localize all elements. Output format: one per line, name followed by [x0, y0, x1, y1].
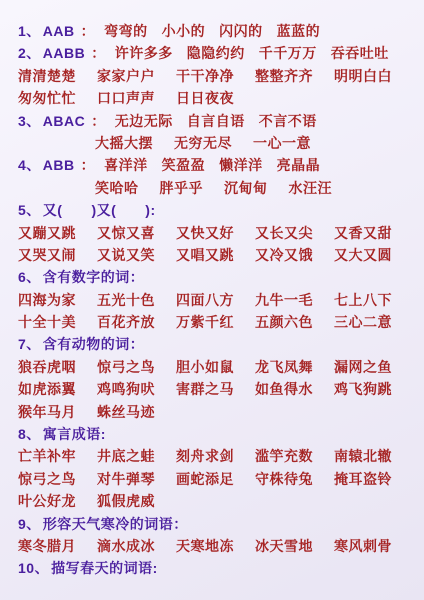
word: 家家户户 — [97, 68, 155, 84]
word: 又冷又饿 — [255, 247, 313, 263]
section-number: 10、 — [18, 560, 49, 576]
word: 又惊又喜 — [97, 225, 155, 241]
word: 守株待兔 — [255, 471, 313, 487]
section-colon: ： — [91, 113, 106, 129]
section-4: 4、ABB：喜洋洋笑盈盈懒洋洋亮晶晶笑哈哈胖乎乎沉甸甸水汪汪 — [18, 154, 416, 199]
word: 懒洋洋 — [219, 157, 263, 173]
section-label: 形容天气寒冷的词语： — [43, 516, 188, 532]
word: 如虎添翼 — [18, 381, 76, 397]
word: 无穷无尽 — [174, 135, 232, 151]
word: 对牛弹琴 — [97, 471, 155, 487]
word: 自言自语 — [187, 113, 245, 129]
section-heading: 7、含有动物的词： — [18, 333, 416, 355]
section-3: 3、ABAC：无边无际自言自语不言不语大摇大摆无穷无尽一心一意 — [18, 110, 416, 155]
word: 叶公好龙 — [18, 493, 76, 509]
word: 五颜六色 — [255, 314, 313, 330]
word: 一心一意 — [253, 135, 311, 151]
word-row: 四海为家五光十色四面八方九牛一毛七上八下 — [18, 289, 416, 311]
word: 闪闪的 — [219, 23, 263, 39]
word: 喜洋洋 — [104, 157, 148, 173]
word-row: 惊弓之鸟对牛弹琴画蛇添足守株待兔掩耳盗铃 — [18, 468, 416, 490]
section-8: 8、寓言成语:亡羊补牢井底之蛙刻舟求剑滥竽充数南辕北辙惊弓之鸟对牛弹琴画蛇添足守… — [18, 423, 416, 513]
word-patterns-sheet: 1、AAB：弯弯的小小的闪闪的蓝蓝的2、AABB：许许多多隐隐约约千千万万吞吞吐… — [0, 0, 424, 600]
word: 七上八下 — [334, 292, 392, 308]
word: 南辕北辙 — [334, 448, 392, 464]
word: 笑哈哈 — [95, 180, 139, 196]
word: 猴年马月 — [18, 404, 76, 420]
word: 狐假虎威 — [97, 493, 155, 509]
section-number: 4、 — [18, 157, 41, 173]
word: 笑盈盈 — [162, 157, 206, 173]
word: 弯弯的 — [104, 23, 148, 39]
word: 沉甸甸 — [224, 180, 268, 196]
section-heading: 3、ABAC：无边无际自言自语不言不语 — [18, 110, 416, 132]
word: 又哭又闹 — [18, 247, 76, 263]
word: 惊弓之鸟 — [97, 359, 155, 375]
section-number: 1、 — [18, 23, 41, 39]
section-label: AAB — [43, 23, 75, 39]
word: 无边无际 — [115, 113, 173, 129]
word: 百花齐放 — [97, 314, 155, 330]
word: 漏网之鱼 — [334, 359, 392, 375]
section-heading: 4、ABB：喜洋洋笑盈盈懒洋洋亮晶晶 — [18, 154, 416, 176]
word: 许许多多 — [115, 45, 173, 61]
section-6: 6、含有数字的词：四海为家五光十色四面八方九牛一毛七上八下十全十美百花齐放万紫千… — [18, 266, 416, 333]
word-row: 叶公好龙狐假虎威 — [18, 490, 416, 512]
section-label: 含有动物的词： — [43, 336, 145, 352]
section-label: 描写春天的词语: — [51, 560, 158, 576]
section-colon: ： — [81, 157, 96, 173]
section-heading: 10、描写春天的词语: — [18, 557, 416, 579]
section-5: 5、又( )又( ):又蹦又跳又惊又喜又快又好又长又尖又香又甜又哭又闹又说又笑又… — [18, 199, 416, 266]
word: 清清楚楚 — [18, 68, 76, 84]
word: 狼吞虎咽 — [18, 359, 76, 375]
section-number: 3、 — [18, 113, 41, 129]
word: 天寒地冻 — [176, 538, 234, 554]
word-row: 笑哈哈胖乎乎沉甸甸水汪汪 — [18, 177, 416, 199]
section-heading: 6、含有数字的词： — [18, 266, 416, 288]
word-row: 十全十美百花齐放万紫千红五颜六色三心二意 — [18, 311, 416, 333]
section-number: 5、 — [18, 202, 41, 218]
section-colon: ： — [91, 45, 106, 61]
word: 吞吞吐吐 — [331, 45, 389, 61]
word: 又长又尖 — [255, 225, 313, 241]
section-number: 9、 — [18, 516, 41, 532]
word: 水汪汪 — [289, 180, 333, 196]
word-row: 大摇大摆无穷无尽一心一意 — [18, 132, 416, 154]
section-1: 1、AAB：弯弯的小小的闪闪的蓝蓝的 — [18, 20, 416, 42]
word: 明明白白 — [334, 68, 392, 84]
word: 日日夜夜 — [176, 90, 234, 106]
section-number: 2、 — [18, 45, 41, 61]
section-heading: 5、又( )又( ): — [18, 199, 416, 221]
word: 隐隐约约 — [187, 45, 245, 61]
word: 蛛丝马迹 — [97, 404, 155, 420]
section-label: 又( )又( ): — [43, 202, 156, 218]
section-label: 含有数字的词： — [43, 269, 145, 285]
word: 又蹦又跳 — [18, 225, 76, 241]
word: 滥竽充数 — [255, 448, 313, 464]
section-number: 6、 — [18, 269, 41, 285]
word: 龙飞凤舞 — [255, 359, 313, 375]
word-row: 又蹦又跳又惊又喜又快又好又长又尖又香又甜 — [18, 222, 416, 244]
section-colon: ： — [81, 23, 96, 39]
word: 三心二意 — [334, 314, 392, 330]
word: 冰天雪地 — [255, 538, 313, 554]
word-row: 猴年马月蛛丝马迹 — [18, 401, 416, 423]
section-number: 7、 — [18, 336, 41, 352]
section-label: ABAC — [43, 113, 85, 129]
word: 不言不语 — [259, 113, 317, 129]
word: 鸡飞狗跳 — [334, 381, 392, 397]
word: 惊弓之鸟 — [18, 471, 76, 487]
word: 胖乎乎 — [160, 180, 204, 196]
word: 如鱼得水 — [255, 381, 313, 397]
word: 九牛一毛 — [255, 292, 313, 308]
word-row: 匆匆忙忙口口声声日日夜夜 — [18, 87, 416, 109]
word: 小小的 — [162, 23, 206, 39]
word-row: 清清楚楚家家户户干干净净整整齐齐明明白白 — [18, 65, 416, 87]
section-label: 寓言成语: — [43, 426, 106, 442]
word-row: 亡羊补牢井底之蛙刻舟求剑滥竽充数南辕北辙 — [18, 445, 416, 467]
section-2: 2、AABB：许许多多隐隐约约千千万万吞吞吐吐清清楚楚家家户户干干净净整整齐齐明… — [18, 42, 416, 109]
word: 口口声声 — [97, 90, 155, 106]
word: 又快又好 — [176, 225, 234, 241]
word: 千千万万 — [259, 45, 317, 61]
word: 干干净净 — [176, 68, 234, 84]
word: 又大又圆 — [334, 247, 392, 263]
word: 寒冬腊月 — [18, 538, 76, 554]
word-row: 又哭又闹又说又笑又唱又跳又冷又饿又大又圆 — [18, 244, 416, 266]
word: 又说又笑 — [97, 247, 155, 263]
word: 鸡鸣狗吠 — [97, 381, 155, 397]
word: 匆匆忙忙 — [18, 90, 76, 106]
word: 蓝蓝的 — [277, 23, 321, 39]
word: 五光十色 — [97, 292, 155, 308]
word: 滴水成冰 — [97, 538, 155, 554]
word: 寒风刺骨 — [334, 538, 392, 554]
word-row: 寒冬腊月滴水成冰天寒地冻冰天雪地寒风刺骨 — [18, 535, 416, 557]
section-label: AABB — [43, 45, 85, 61]
word: 大摇大摆 — [95, 135, 153, 151]
section-7: 7、含有动物的词：狼吞虎咽惊弓之鸟胆小如鼠龙飞凤舞漏网之鱼如虎添翼鸡鸣狗吠害群之… — [18, 333, 416, 423]
word: 十全十美 — [18, 314, 76, 330]
section-heading: 9、形容天气寒冷的词语： — [18, 513, 416, 535]
word: 万紫千红 — [176, 314, 234, 330]
word: 刻舟求剑 — [176, 448, 234, 464]
section-heading: 2、AABB：许许多多隐隐约约千千万万吞吞吐吐 — [18, 42, 416, 64]
word: 四海为家 — [18, 292, 76, 308]
word: 井底之蛙 — [97, 448, 155, 464]
section-9: 9、形容天气寒冷的词语：寒冬腊月滴水成冰天寒地冻冰天雪地寒风刺骨 — [18, 513, 416, 558]
section-heading: 8、寓言成语: — [18, 423, 416, 445]
word: 掩耳盗铃 — [334, 471, 392, 487]
word: 害群之马 — [176, 381, 234, 397]
section-10: 10、描写春天的词语: — [18, 557, 416, 579]
word: 画蛇添足 — [176, 471, 234, 487]
word: 又唱又跳 — [176, 247, 234, 263]
word: 胆小如鼠 — [176, 359, 234, 375]
word: 整整齐齐 — [255, 68, 313, 84]
word: 亮晶晶 — [277, 157, 321, 173]
section-heading: 1、AAB：弯弯的小小的闪闪的蓝蓝的 — [18, 20, 416, 42]
section-label: ABB — [43, 157, 75, 173]
word: 四面八方 — [176, 292, 234, 308]
word-row: 狼吞虎咽惊弓之鸟胆小如鼠龙飞凤舞漏网之鱼 — [18, 356, 416, 378]
word: 又香又甜 — [334, 225, 392, 241]
word-row: 如虎添翼鸡鸣狗吠害群之马如鱼得水鸡飞狗跳 — [18, 378, 416, 400]
section-number: 8、 — [18, 426, 41, 442]
word: 亡羊补牢 — [18, 448, 76, 464]
